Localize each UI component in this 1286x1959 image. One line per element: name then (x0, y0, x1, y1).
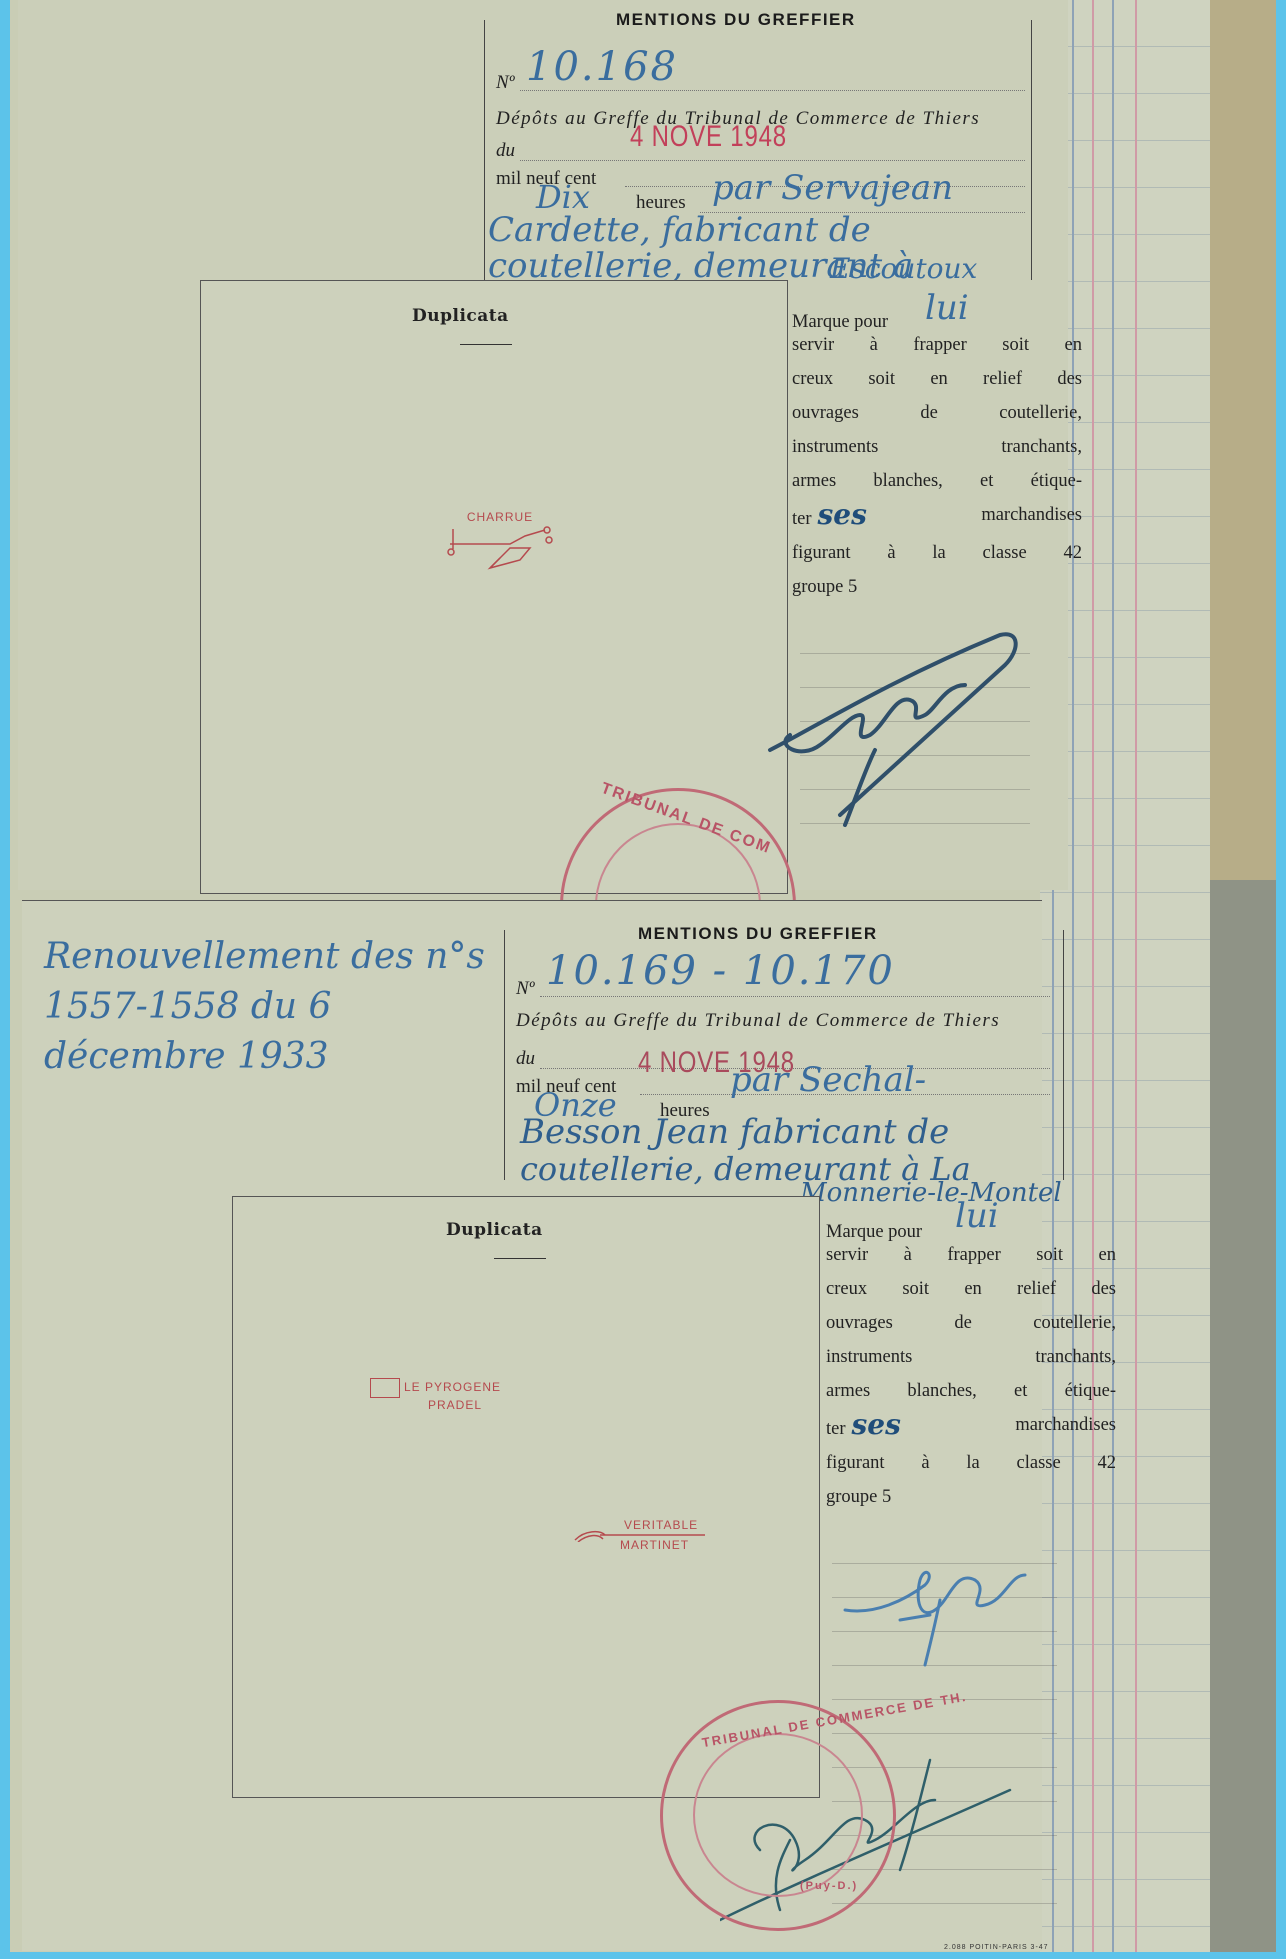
charrue-label: CHARRUE (440, 510, 560, 524)
entry-2-margin-note-line-1: Renouvellement des n°s (44, 936, 485, 977)
entry-1-handwritten-line-2: Cardette, fabricant de (488, 210, 871, 250)
entry-1-charrue-mark: CHARRUE (440, 510, 560, 577)
entry-1-du-label: du (496, 140, 515, 162)
entry-2-handwritten-line-4: Monnerie-le-Montel (800, 1178, 1062, 1208)
entry-2-duplicata-box (232, 1196, 820, 1798)
entry-2-martinet-mark: VERITABLE MARTINET (570, 1518, 710, 1552)
entry-2-margin-note-line-2: 1557-1558 du 6 (44, 986, 331, 1027)
entry-1-duplicata-title: Duplicata (412, 306, 509, 326)
entry-1-number-value: 10.168 (526, 44, 678, 90)
entry-2-duplicata-title: Duplicata (446, 1220, 543, 1240)
entry-2-pyrogene-mark: LE PYROGENE PRADEL (370, 1378, 530, 1412)
entry-2-mark-description: servir à frapper soit en creux soit en r… (826, 1238, 1116, 1514)
entry-2-ter-value: ses (852, 1408, 901, 1441)
printer-imprint: 2.088 POITIN-PARIS 3-47 (944, 1944, 1049, 1951)
martinet-whip-icon (570, 1528, 710, 1542)
entry-1-number-label: Nº (496, 72, 515, 94)
entry-2-marque-pour-value: lui (955, 1196, 999, 1236)
plough-icon (445, 524, 555, 574)
entry-1-signature (760, 610, 1030, 830)
torn-page-edge (1210, 0, 1276, 1952)
entry-2-handwritten-line-2: Besson Jean fabricant de (520, 1112, 949, 1152)
entry-1-ter-value: ses (818, 498, 867, 531)
entry-2-seal-bottom: (Puy-D.) (800, 1880, 858, 1892)
entry-1-marque-pour-value: lui (925, 288, 969, 328)
entry-2-header: MENTIONS DU GREFFIER (638, 924, 878, 944)
entry-1-handwritten-line-4: Escoutoux (830, 252, 977, 285)
entry-1-mark-description: servir à frapper soit en creux soit en r… (792, 328, 1082, 604)
entry-2-margin-note-line-3: décembre 1933 (44, 1036, 329, 1077)
entry-2-depots-label: Dépôts au Greffe du Tribunal de Commerce… (516, 1010, 1000, 1032)
entry-2-signature-1 (840, 1550, 1040, 1670)
entry-1-date-stamp: 4 NOVE 1948 (630, 120, 787, 154)
entry-1-header: MENTIONS DU GREFFIER (616, 10, 856, 30)
entry-2-number-label: Nº (516, 978, 535, 1000)
entry-2-number-value: 10.169 - 10.170 (546, 948, 895, 994)
entry-1-handwritten-line-1: par Servajean (712, 168, 953, 208)
entry-2-du-label: du (516, 1048, 535, 1070)
pyrogene-logo-icon (370, 1378, 400, 1398)
entry-2-handwritten-line-1: par Sechal- (730, 1060, 926, 1100)
